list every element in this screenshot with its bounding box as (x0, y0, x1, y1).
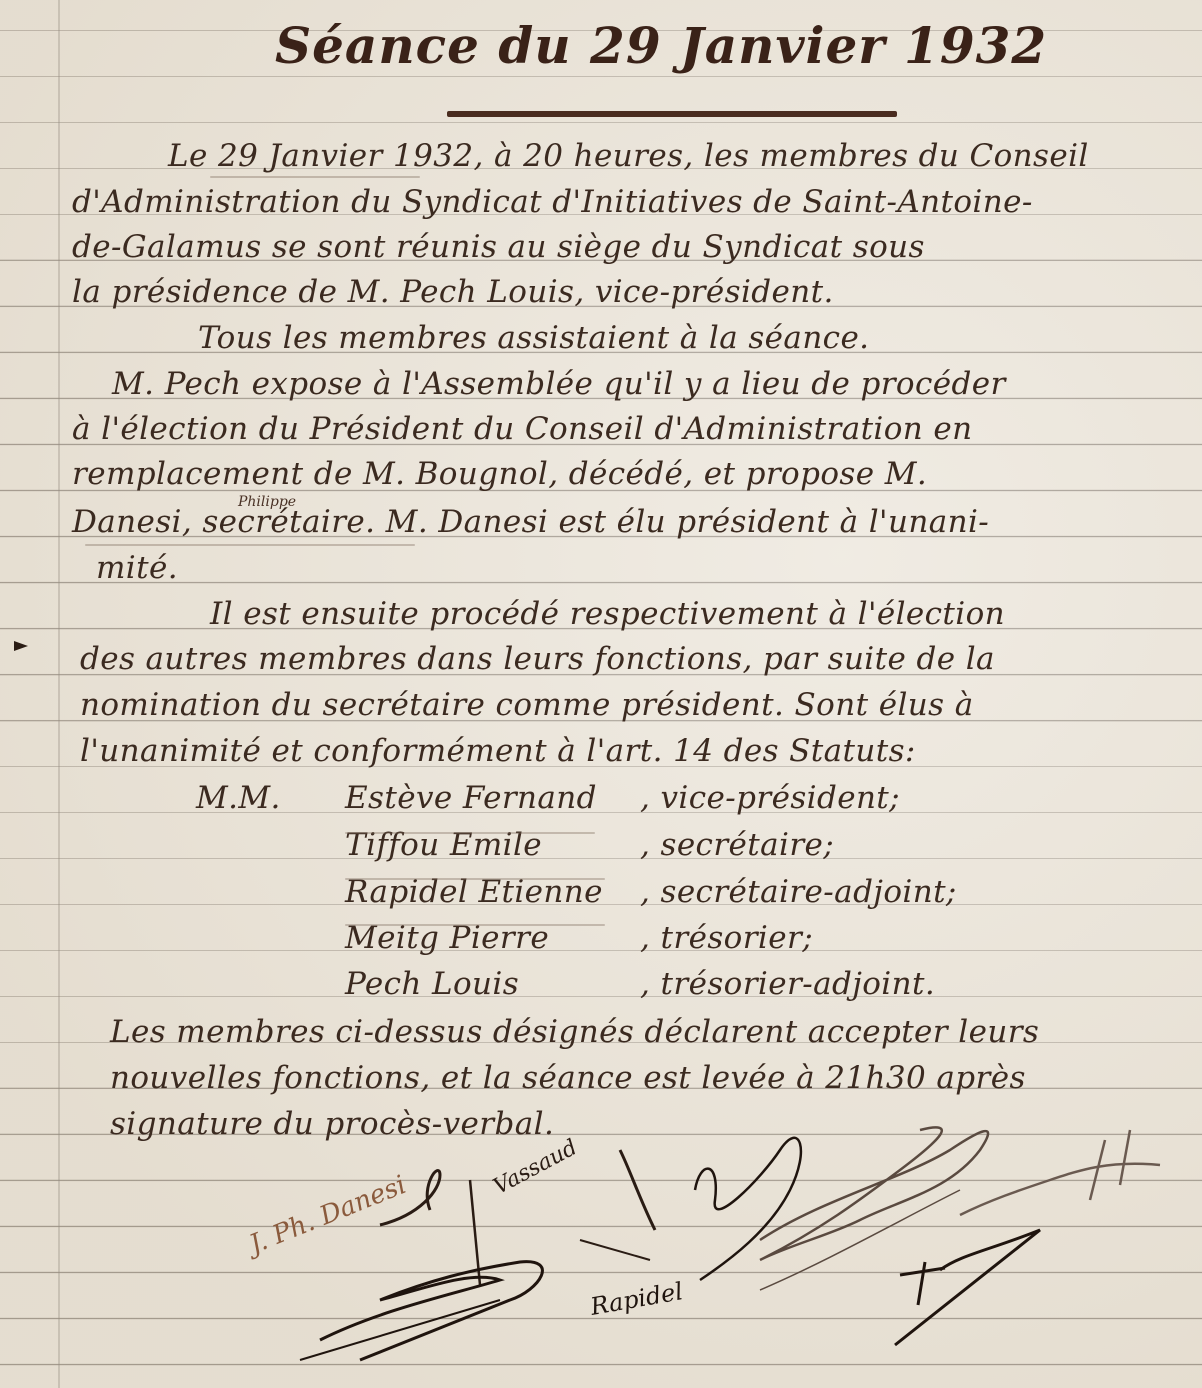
signature-flourishes (0, 0, 1202, 1388)
